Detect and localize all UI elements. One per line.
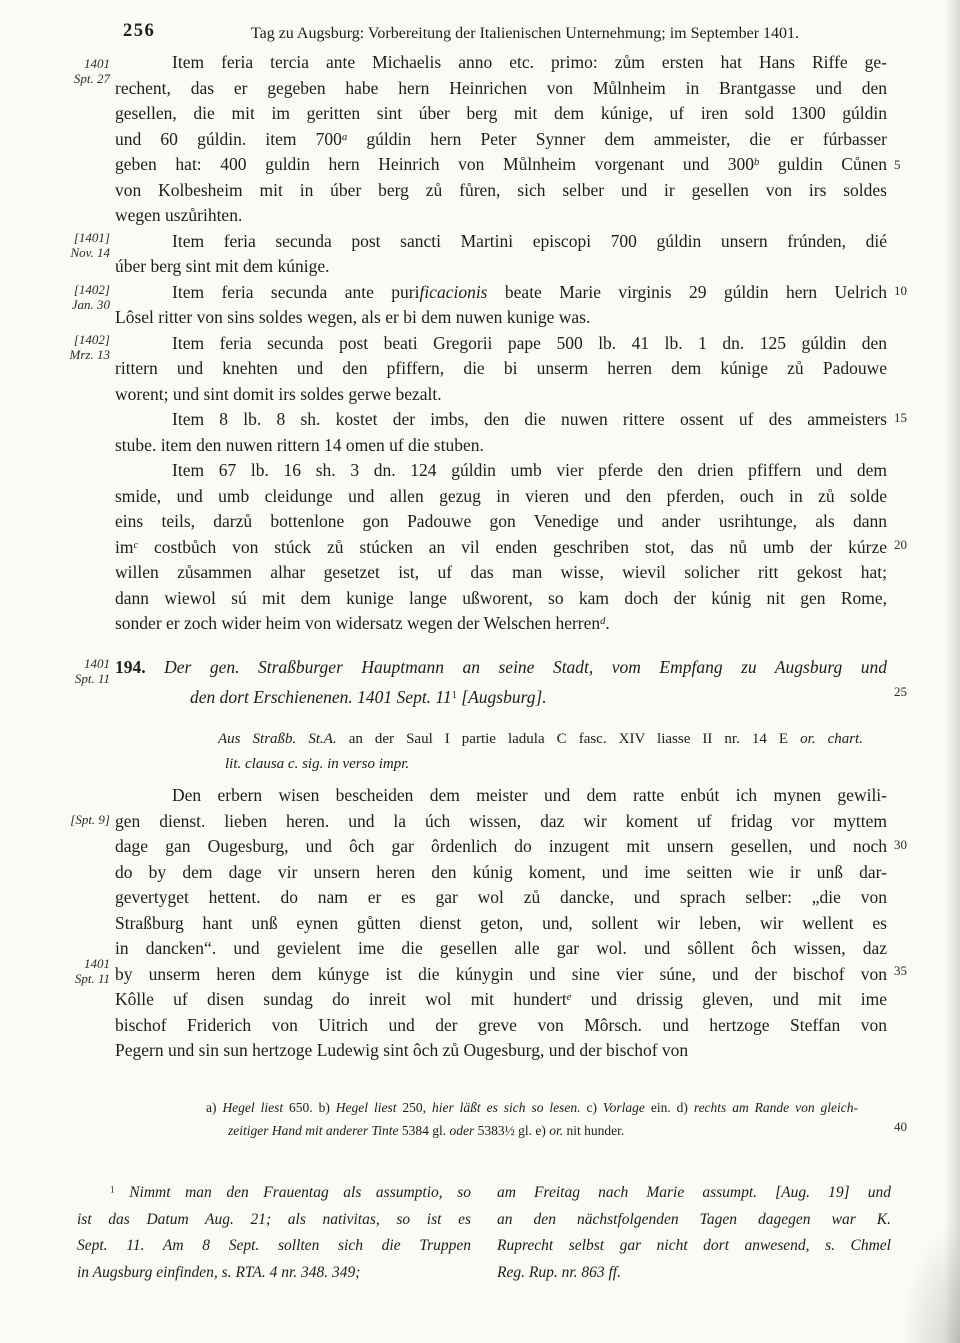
line-number: 40 [894,1119,924,1135]
margin-note-date: [Spt. 9] [44,812,110,827]
text-run: 650. b) [283,1100,336,1115]
text-line: in dancken“. und gevielent ime die gesel… [115,936,887,962]
text-run: geben hat: 400 guldin hern Heinrich von … [115,154,754,174]
text-run: von Kolbesheim mit in úber berg zů fůren… [115,180,887,200]
footnote-column-left: 1 Nimmt man den Frauentag als assumptio,… [77,1180,471,1286]
text-run: Item feria secunda post sancti Martini e… [172,231,887,251]
margin-note-date: 1401 Spt. 11 [44,956,110,986]
text-run: in dancken“. und gevielent ime die gesel… [115,938,887,958]
text-line: Kôlle uf disen sundag do inreit wol mit … [115,987,887,1013]
text-line: am Freitag nach Marie assumpt. [Aug. 19]… [497,1180,891,1207]
paragraph: Item feria secunda post beati Gregorii p… [115,331,887,408]
scan-corner-shadow [900,1223,960,1343]
margin-note-line: Spt. 11 [44,671,110,686]
text-run: Lôsel ritter von sins soldes wegen, als … [115,307,590,327]
text-run-i: ist das Datum Aug. 21; als nativitas, so… [77,1211,471,1228]
text-line: dage gan Ougesburg, und ôch gar ôrdenlic… [115,834,887,860]
text-run: guldin Cůnen [759,154,887,174]
text-line: an den nächstfolgenden Tagen dagegen war… [497,1207,891,1234]
text-run-i: rechts am Rande von gleich- [694,1100,858,1115]
text-run: bischof Friderich von Uitrich und der gr… [115,1015,887,1035]
text-run: und 60 gúldin. item 700 [115,129,342,149]
text-run-i: Ruprecht selbst gar nicht dort anwesend,… [497,1237,891,1254]
text-run: sonder er zoch wider heim von widersatz … [115,613,600,633]
text-line: und 60 gúldin. item 700a gúldin hern Pet… [115,127,887,153]
paragraph: Item feria secunda post sancti Martini e… [115,229,887,280]
margin-note-line: 1401 [44,656,110,671]
text-run-i: lit. clausa c. sig. in verso impr. [225,756,409,772]
text-line: zeitiger Hand mit anderer Tinte 5384 gl.… [228,1119,858,1142]
text-run: by unserm heren dem kúnyge ist die kúnyg… [115,964,887,984]
text-run: eins teils, darzů bottenlone gon Padouwe… [115,511,887,531]
text-line: lit. clausa c. sig. in verso impr. [218,752,863,777]
text-run-i: Sept. 11. Am 8 Sept. sollten sich die Tr… [77,1237,471,1254]
text-line: Sept. 11. Am 8 Sept. sollten sich die Tr… [77,1233,471,1260]
text-line: gesellen, die mit im geritten sint úber … [115,101,887,127]
line-number: 15 [894,410,924,426]
margin-note-line: Mrz. 13 [44,347,110,362]
text-run: 250, [396,1100,432,1115]
margin-note-line: [1401] [44,230,110,245]
text-line: gevertyget hettent. do nam er es gar wol… [115,885,887,911]
paragraph: Item feria secunda ante purificacionis b… [115,280,887,331]
margin-note-date: [1402] Jan. 30 [44,282,110,312]
line-number: 20 [894,537,924,553]
margin-note-line: Jan. 30 [44,297,110,312]
text-run: . [605,613,609,633]
margin-note-line: Spt. 27 [44,71,110,86]
text-run: und drissig gleven, und mit ime [571,989,887,1009]
text-line: eins teils, darzů bottenlone gon Padouwe… [115,509,887,535]
text-run: gúldin hern Peter Synner dem ammeister, … [347,129,887,149]
text-line: willen zůsammen alhar gesetzet ist, uf d… [115,560,887,586]
margin-note-date: 1401 Spt. 11 [44,656,110,686]
text-run-i: or. [549,1123,563,1138]
line-number: 35 [894,963,924,979]
paragraph: Item feria tercia ante Michaelis anno et… [115,50,887,229]
text-run: ein. d) [645,1100,694,1115]
text-run-i: an den nächstfolgenden Tagen dagegen war… [497,1211,891,1228]
margin-note-line: [1402] [44,332,110,347]
text-line: Item 67 lb. 16 sh. 3 dn. 124 gúldin umb … [115,458,887,484]
entry-194-source-note: Aus Straßb. St.A. an der Saul I partie l… [218,727,863,777]
text-line: Aus Straßb. St.A. an der Saul I partie l… [218,727,863,752]
scan-edge-shadow [944,0,960,1343]
text-line: rittern und knehten und den pfiffern, di… [115,356,887,382]
text-run: rechent, das er gegeben habe hern Heinri… [115,78,887,98]
margin-note-line: Nov. 14 [44,245,110,260]
text-line: in Augsburg einfinden, s. RTA. 4 nr. 348… [77,1260,471,1287]
text-run-i: Hegel liest [336,1100,397,1115]
text-line: a) Hegel liest 650. b) Hegel liest 250, … [206,1096,858,1119]
text-line: Den erbern wisen bescheiden dem meister … [115,783,887,809]
text-run: an der Saul I partie ladula C fasc. XIV … [337,731,800,747]
text-line: dann wiewol sú mit dem kunige lange ußwo… [115,586,887,612]
text-run: c) [581,1100,603,1115]
margin-note-line: 1401 [44,956,110,971]
text-run-i: zeitiger Hand mit anderer Tinte [228,1123,399,1138]
margin-note-date: [1401] Nov. 14 [44,230,110,260]
text-line: Ruprecht selbst gar nicht dort anwesend,… [497,1233,891,1260]
text-line: imc costbůch von stúck zů stúcken an vil… [115,535,887,561]
text-run: Item feria tercia ante Michaelis anno et… [172,52,887,72]
text-run: willen zůsammen alhar gesetzet ist, uf d… [115,562,887,582]
text-run: wegen uszůrihten. [115,205,242,225]
text-line: Item feria secunda post sancti Martini e… [115,229,887,255]
text-run: stube. item den nuwen rittern 14 omen uf… [115,435,484,455]
text-line: stube. item den nuwen rittern 14 omen uf… [115,433,887,459]
text-run: Item 67 lb. 16 sh. 3 dn. 124 gúldin umb … [172,460,887,480]
text-line: Straßburg hant unß eynen gůtten dienst g… [115,911,887,937]
entry-194-heading: 194. Der gen. Straßburger Hauptmann an s… [115,652,887,712]
text-line: Item feria secunda ante purificacionis b… [115,280,887,306]
text-run-i: Der gen. Straßburger Hauptmann an seine … [164,657,887,677]
text-run: costbůch von stúck zů stúcken an vil end… [138,537,887,557]
text-run: Item feria secunda post beati Gregorii p… [172,333,887,353]
text-line: geben hat: 400 guldin hern Heinrich von … [115,152,887,178]
text-line: Lôsel ritter von sins soldes wegen, als … [115,305,887,331]
line-number: 5 [894,157,924,173]
text-line: von Kolbesheim mit in úber berg zů fůren… [115,178,887,204]
text-line: smide, und umb cleidunge und allen gezug… [115,484,887,510]
running-head: Tag zu Augsburg: Vorbereitung der Italie… [180,25,870,43]
text-line: 1 Nimmt man den Frauentag als assumptio,… [77,1180,471,1207]
text-run-i: Nimmt man den Frauentag als assumptio, s… [115,1184,471,1201]
text-run: a) [206,1100,222,1115]
text-line: Reg. Rup. nr. 863 ff. [497,1260,891,1287]
apparatus-notes: a) Hegel liest 650. b) Hegel liest 250, … [206,1096,858,1142]
paragraph: Item 8 lb. 8 sh. kostet der imbs, den di… [115,407,887,458]
text-run: gevertyget hettent. do nam er es gar wol… [115,887,887,907]
text-run: úber berg sint mit dem kúnige. [115,256,330,276]
text-run: worent; und sint domit irs soldes gerwe … [115,384,442,404]
margin-note-line: 1401 [44,56,110,71]
text-run-i: Vorlage [603,1100,645,1115]
text-run-i: ficacionis [419,282,487,302]
text-run: Item 8 lb. 8 sh. kostet der imbs, den di… [172,409,887,429]
page-number: 256 [123,21,155,42]
text-run-i: den dort Erschienenen. 1401 Sept. 11 [190,687,452,707]
text-run-b: 194. [115,657,164,677]
text-run: nit hunder. [563,1123,624,1138]
text-line: worent; und sint domit irs soldes gerwe … [115,382,887,408]
text-line: 194. Der gen. Straßburger Hauptmann an s… [115,652,887,682]
text-run: gen dienst. lieben heren. und la úch wis… [115,811,887,831]
margin-note-date: 1401 Spt. 27 [44,56,110,86]
entry-194-body: Den erbern wisen bescheiden dem meister … [115,783,887,1064]
text-line: rechent, das er gegeben habe hern Heinri… [115,76,887,102]
text-line: ist das Datum Aug. 21; als nativitas, so… [77,1207,471,1234]
text-run: Kôlle uf disen sundag do inreit wol mit … [115,989,567,1009]
text-line: sonder er zoch wider heim von widersatz … [115,611,887,637]
entry-193-text: Item feria tercia ante Michaelis anno et… [115,50,887,637]
line-number: 25 [894,684,924,700]
text-line: Item feria tercia ante Michaelis anno et… [115,50,887,76]
text-run-i: Hegel liest [222,1100,283,1115]
text-run: Straßburg hant unß eynen gůtten dienst g… [115,913,887,933]
paragraph: Item 67 lb. 16 sh. 3 dn. 124 gúldin umb … [115,458,887,637]
text-line: úber berg sint mit dem kúnige. [115,254,887,280]
text-line: do by dem dage vir unsern heren den kúni… [115,860,887,886]
footnote-column-right: am Freitag nach Marie assumpt. [Aug. 19]… [497,1180,891,1286]
text-run: im [115,537,133,557]
text-run: do by dem dage vir unsern heren den kúni… [115,862,887,882]
text-run: dann wiewol sú mit dem kunige lange ußwo… [115,588,887,608]
text-run: beate Marie virginis 29 gúldin hern Uelr… [488,282,888,302]
text-run: gesellen, die mit im geritten sint úber … [115,103,887,123]
line-number: 10 [894,283,924,299]
text-line: by unserm heren dem kúnyge ist die kúnyg… [115,962,887,988]
text-run-i: Reg. Rup. nr. 863 ff. [497,1264,621,1281]
text-run-i: am Freitag nach Marie assumpt. [Aug. 19]… [497,1184,891,1201]
text-run: 5383½ gl. e) [474,1123,549,1138]
line-number: 30 [894,837,924,853]
margin-note-line: [Spt. 9] [44,812,110,827]
text-run: smide, und umb cleidunge und allen gezug… [115,486,887,506]
text-run-i: in Augsburg einfinden, s. RTA. 4 nr. 348… [77,1264,360,1281]
text-run: rittern und knehten und den pfiffern, di… [115,358,887,378]
text-line: wegen uszůrihten. [115,203,887,229]
text-line: Item feria secunda post beati Gregorii p… [115,331,887,357]
text-run-i: oder [450,1123,475,1138]
text-run-i: hier läßt es sich so lesen. [432,1100,581,1115]
text-run: Den erbern wisen bescheiden dem meister … [172,785,887,805]
text-run: dage gan Ougesburg, und ôch gar ôrdenlic… [115,836,887,856]
margin-note-date: [1402] Mrz. 13 [44,332,110,362]
margin-note-line: [1402] [44,282,110,297]
text-run-i: or. chart. [800,731,863,747]
text-run-i: Aus Straßb. St.A. [218,731,337,747]
text-run: Pegern und sin sun hertzoge Ludewig sint… [115,1040,688,1060]
margin-note-line: Spt. 11 [44,971,110,986]
text-line: Item 8 lb. 8 sh. kostet der imbs, den di… [115,407,887,433]
text-run: Item feria secunda ante puri [172,282,419,302]
text-line: bischof Friderich von Uitrich und der gr… [115,1013,887,1039]
text-line: den dort Erschienenen. 1401 Sept. 111 [A… [115,682,887,712]
text-run: 5384 gl. [399,1123,450,1138]
text-line: gen dienst. lieben heren. und la úch wis… [115,809,887,835]
book-page: 256 Tag zu Augsburg: Vorbereitung der It… [0,0,960,1343]
text-run-i: [Augsburg]. [457,687,547,707]
text-line: Pegern und sin sun hertzoge Ludewig sint… [115,1038,887,1064]
